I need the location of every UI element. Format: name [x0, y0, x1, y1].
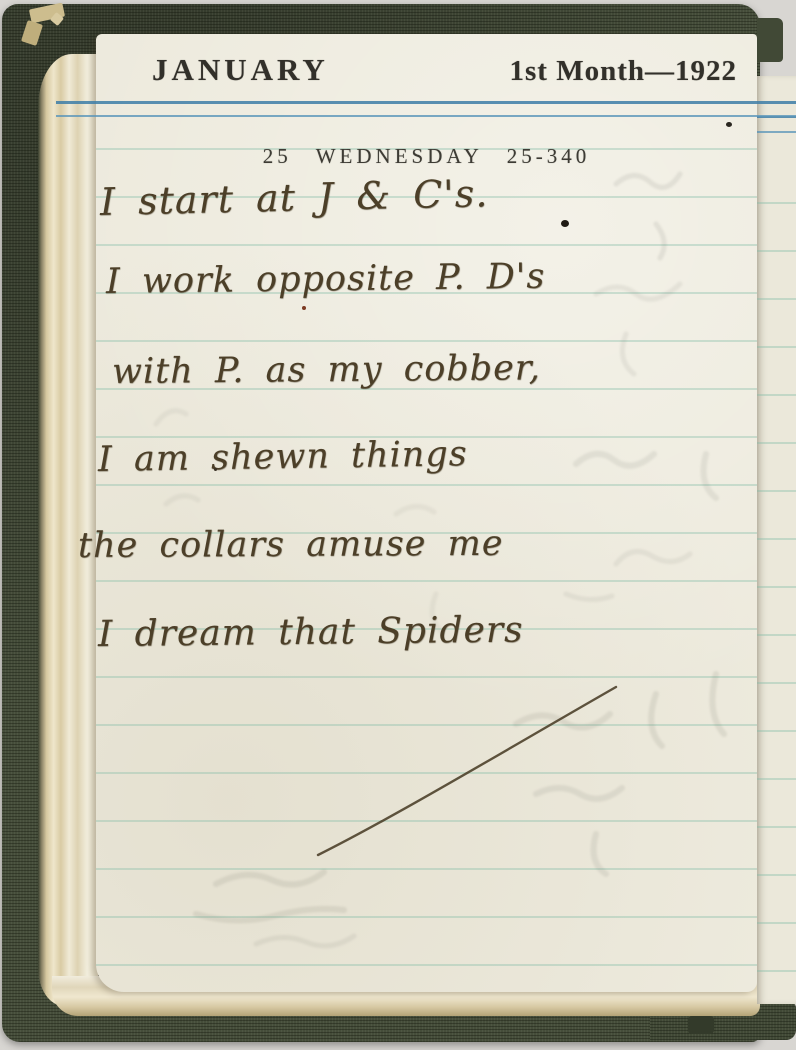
- ink-speck: [561, 220, 569, 227]
- entry-line: I dream that Spiders: [98, 610, 524, 655]
- entry-line: the collars amuse me: [78, 524, 504, 566]
- adjacent-page-sliver: [757, 76, 796, 1004]
- ink-speck: [214, 468, 217, 471]
- cover-spine-corner: [757, 18, 783, 62]
- diary-photo: JANUARY 1st Month—1922 25 WEDNESDAY 25-3…: [0, 0, 796, 1050]
- adjacent-page-header-rule: [757, 116, 796, 133]
- entry-line: I start at J & C's.: [100, 171, 489, 224]
- entry-line: I am shewn things: [98, 434, 468, 480]
- adjacent-page-ruled-lines: [757, 202, 796, 984]
- cover-worn-patch: [688, 1016, 714, 1034]
- entry-line: I work opposite P. D's: [106, 257, 546, 302]
- ink-speck: [726, 122, 732, 127]
- ink-speck: [302, 306, 306, 310]
- entry-line: with P. as my cobber,: [112, 348, 541, 392]
- diary-page: JANUARY 1st Month—1922 25 WEDNESDAY 25-3…: [96, 34, 757, 992]
- handwritten-entry: I start at J & C's. I work opposite P. D…: [96, 34, 757, 992]
